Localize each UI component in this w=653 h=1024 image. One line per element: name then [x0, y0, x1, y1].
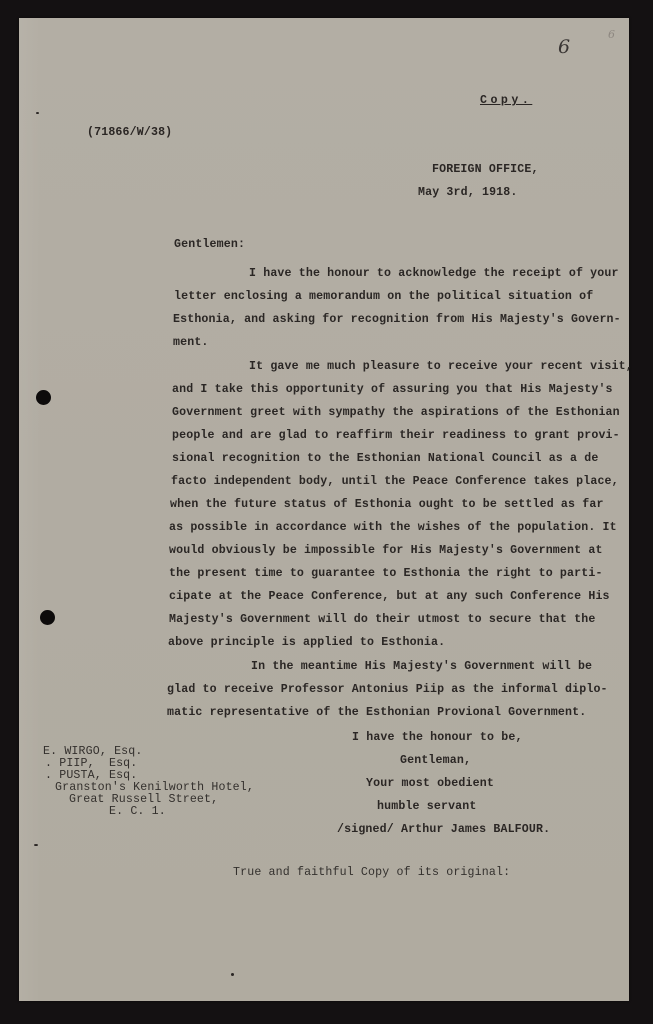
addressee-line: . PIIP, Esq. — [45, 758, 137, 770]
body-line: people and are glad to reaffirm their re… — [172, 430, 620, 442]
page-number-pencil: 6 — [608, 29, 615, 40]
body-line: It gave me much pleasure to receive your… — [249, 361, 633, 373]
ink-speck — [231, 973, 234, 976]
certification-line: True and faithful Copy of its original: — [233, 867, 510, 879]
body-line: I have the honour to acknowledge the rec… — [249, 268, 619, 280]
body-line: glad to receive Professor Antonius Piip … — [167, 684, 608, 696]
body-line: Esthonia, and asking for recognition fro… — [173, 314, 621, 326]
body-line: when the future status of Esthonia ought… — [170, 499, 604, 511]
body-line: Government greet with sympathy the aspir… — [172, 407, 620, 419]
body-line: letter enclosing a memorandum on the pol… — [174, 291, 593, 303]
body-line: matic representative of the Esthonian Pr… — [167, 707, 586, 719]
sender-office: FOREIGN OFFICE, — [432, 164, 539, 176]
punch-hole-bottom — [40, 610, 55, 625]
body-line: sional recognition to the Esthonian Nati… — [172, 453, 598, 465]
addressee-line: Granston's Kenilworth Hotel, — [55, 782, 254, 794]
reference-number: (71866/W/38) — [87, 127, 172, 139]
closing-line: I have the honour to be, — [352, 732, 523, 744]
addressee-line: E. WIRGO, Esq. — [43, 746, 143, 758]
body-line: above principle is applied to Esthonia. — [168, 637, 445, 649]
signature-line: /signed/ Arthur James BALFOUR. — [337, 824, 550, 836]
closing-line: humble servant — [377, 801, 477, 813]
page-number-ink: 6 — [558, 38, 570, 57]
ink-speck — [36, 112, 39, 114]
body-line: as possible in accordance with the wishe… — [169, 522, 617, 534]
body-line: would obviously be impossible for His Ma… — [169, 545, 603, 557]
punch-hole-top — [36, 390, 51, 405]
addressee-line: . PUSTA, Esq. — [45, 770, 137, 782]
body-line: cipate at the Peace Conference, but at a… — [169, 591, 610, 603]
body-line: the present time to guarantee to Esthoni… — [169, 568, 603, 580]
body-line: facto independent body, until the Peace … — [171, 476, 619, 488]
addressee-line: E. C. 1. — [109, 806, 166, 818]
body-line: Majesty's Government will do their utmos… — [169, 614, 595, 626]
closing-line: Your most obedient — [366, 778, 494, 790]
body-line: and I take this opportunity of assuring … — [172, 384, 613, 396]
salutation: Gentlemen: — [174, 239, 245, 251]
closing-line: Gentleman, — [400, 755, 471, 767]
addressee-line: Great Russell Street, — [69, 794, 218, 806]
ink-speck — [34, 844, 38, 846]
body-line: ment. — [173, 337, 209, 349]
document-page: 6 6 Copy. (71866/W/38) FOREIGN OFFICE, M… — [19, 18, 629, 1001]
copy-heading: Copy. — [480, 95, 532, 107]
letter-date: May 3rd, 1918. — [418, 187, 518, 199]
body-line: In the meantime His Majesty's Government… — [251, 661, 592, 673]
